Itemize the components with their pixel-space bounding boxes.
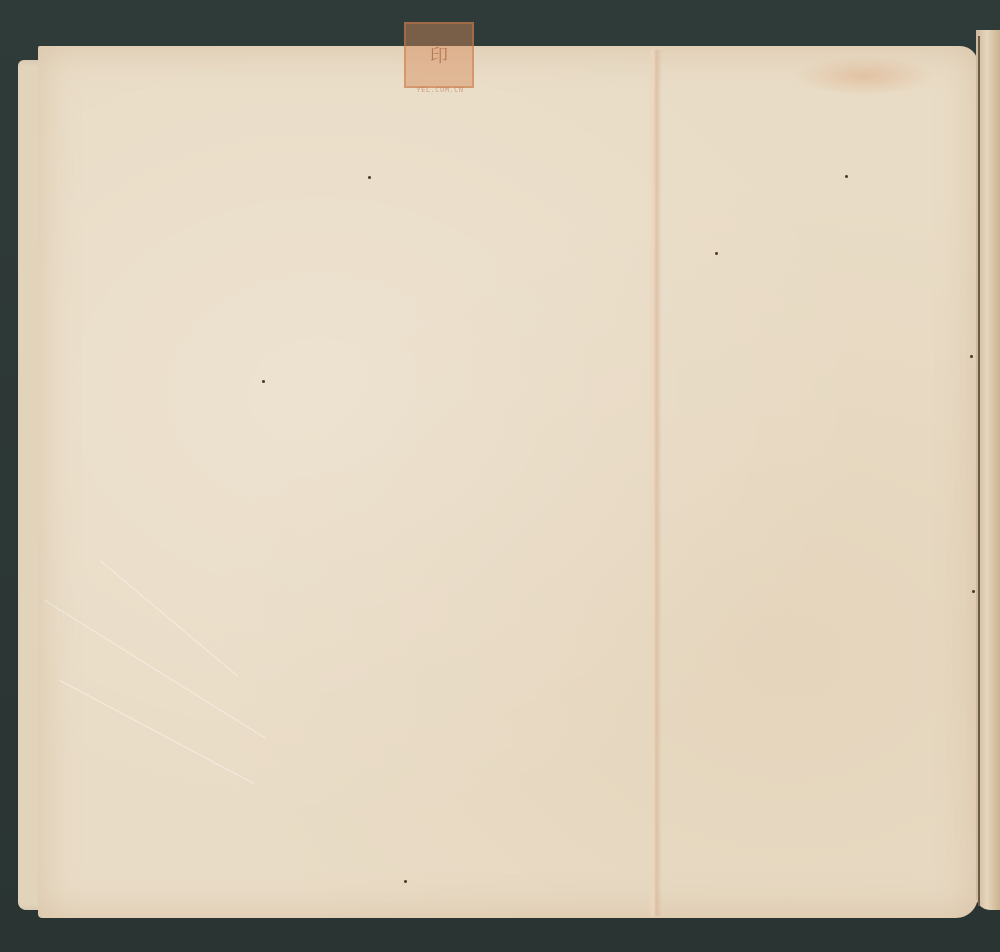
blank-book-page	[38, 46, 978, 918]
spine-binding-line	[978, 36, 980, 906]
paper-speck	[845, 175, 848, 178]
paper-speck	[972, 590, 975, 593]
seal-glyph: 印	[430, 42, 448, 68]
paper-speck	[262, 380, 265, 383]
paper-speck	[404, 880, 407, 883]
watermark-seal: 印	[404, 22, 474, 88]
paper-speck	[715, 252, 718, 255]
page-fold-line	[648, 50, 662, 916]
paper-speck	[970, 355, 973, 358]
paper-speck	[368, 176, 371, 179]
paper-stain	[795, 56, 935, 96]
watermark-caption: YEL.COM.CN	[404, 86, 476, 94]
